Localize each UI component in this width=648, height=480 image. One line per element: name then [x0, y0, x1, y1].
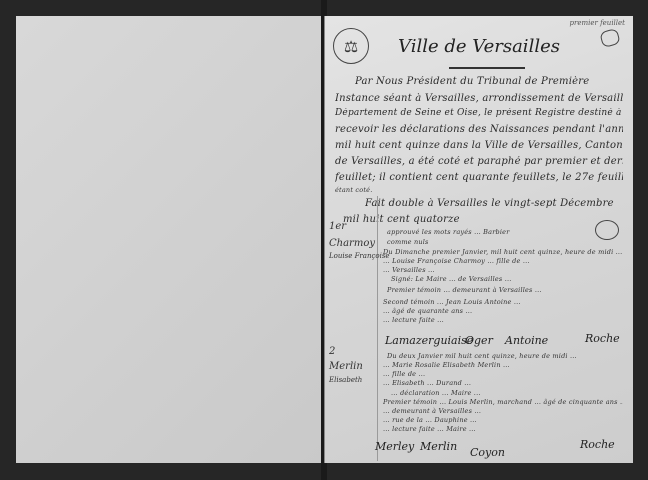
preamble-line: mil huit cent quinze dans la Ville de Ve… — [335, 140, 623, 151]
preamble-line: recevoir les déclarations des Naissances… — [335, 124, 623, 135]
entry-line: ... déclaration ... Maire ... — [391, 389, 623, 397]
entry-margin-given-name: Elisabeth — [329, 374, 362, 386]
preamble-line: approuvé les mots rayés ... Barbier — [387, 228, 623, 236]
signature: Coyon — [470, 446, 505, 459]
signature: Lamazerguiaise — [385, 334, 473, 347]
entry-margin-surname: Charmoy — [329, 238, 375, 250]
preamble-line: Département de Seine et Oise, le présent… — [335, 108, 623, 118]
entry-line: Premier témoin ... demeurant à Versaille… — [387, 286, 623, 294]
folio-note: premier feuillet — [570, 19, 625, 27]
entry-line: ... lecture faite ... Maire ... — [383, 425, 623, 433]
entry-line: ... Versailles ... — [383, 266, 623, 274]
signature: Oger — [465, 334, 493, 347]
preamble-line: Instance séant à Versailles, arrondissem… — [335, 93, 623, 104]
preamble-line: comme nuls — [387, 238, 623, 246]
signature: Antoine — [505, 334, 548, 347]
preamble-line: Par Nous Président du Tribunal de Premiè… — [355, 76, 623, 87]
signature: Roche — [580, 438, 615, 451]
entry-line: ... lecture faite ... — [383, 316, 623, 324]
preamble-line: Fait double à Versailles le vingt-sept D… — [365, 198, 623, 209]
left-page-blank — [16, 16, 324, 463]
page-title: Ville de Versailles — [325, 36, 633, 57]
preamble-line: mil huit cent quatorze — [343, 214, 623, 225]
entry-line: ... fille de ... — [383, 370, 623, 378]
entry-line: Premier témoin ... Louis Merlin, marchan… — [383, 398, 623, 406]
entry-margin-surname: Merlin — [329, 361, 363, 373]
entry-line: ... rue de la ... Dauphine ... — [383, 416, 623, 424]
signature: Roche — [585, 332, 620, 345]
entry-line: Du deux Janvier mil huit cent quinze, he… — [387, 352, 623, 360]
entry-line: ... Louise Françoise Charmoy ... fille d… — [383, 257, 623, 265]
preamble-line: étant coté. — [335, 186, 623, 194]
entry-line: Signé: Le Maire ... de Versailles ... — [391, 275, 623, 283]
preamble-line: de Versailles, a été coté et paraphé par… — [335, 156, 623, 167]
signature: Merlin — [420, 440, 457, 453]
entry-line: ... demeurant à Versailles ... — [383, 407, 623, 415]
title-underline — [449, 67, 525, 69]
entry-line: ... âgé de quarante ans ... — [383, 307, 623, 315]
entry-margin-given-name: Louise Françoise — [329, 250, 390, 262]
round-stamp-icon — [595, 220, 619, 240]
entry-line: ... Elisabeth ... Durand ... — [383, 379, 623, 387]
entry-number: 1er — [329, 221, 346, 233]
entry-number: 2 — [329, 346, 335, 358]
preamble-line: feuillet; il contient cent quarante feui… — [335, 172, 623, 183]
entry-line: ... Marie Rosalie Elisabeth Merlin ... — [383, 361, 623, 369]
entry-line: Second témoin ... Jean Louis Antoine ... — [383, 298, 623, 306]
entry-line: Du Dimanche premier Janvier, mil huit ce… — [383, 248, 623, 256]
right-page: ⚖ premier feuillet Ville de Versailles P… — [324, 16, 633, 463]
margin-rule — [377, 196, 378, 461]
signature: Merley — [375, 440, 414, 453]
